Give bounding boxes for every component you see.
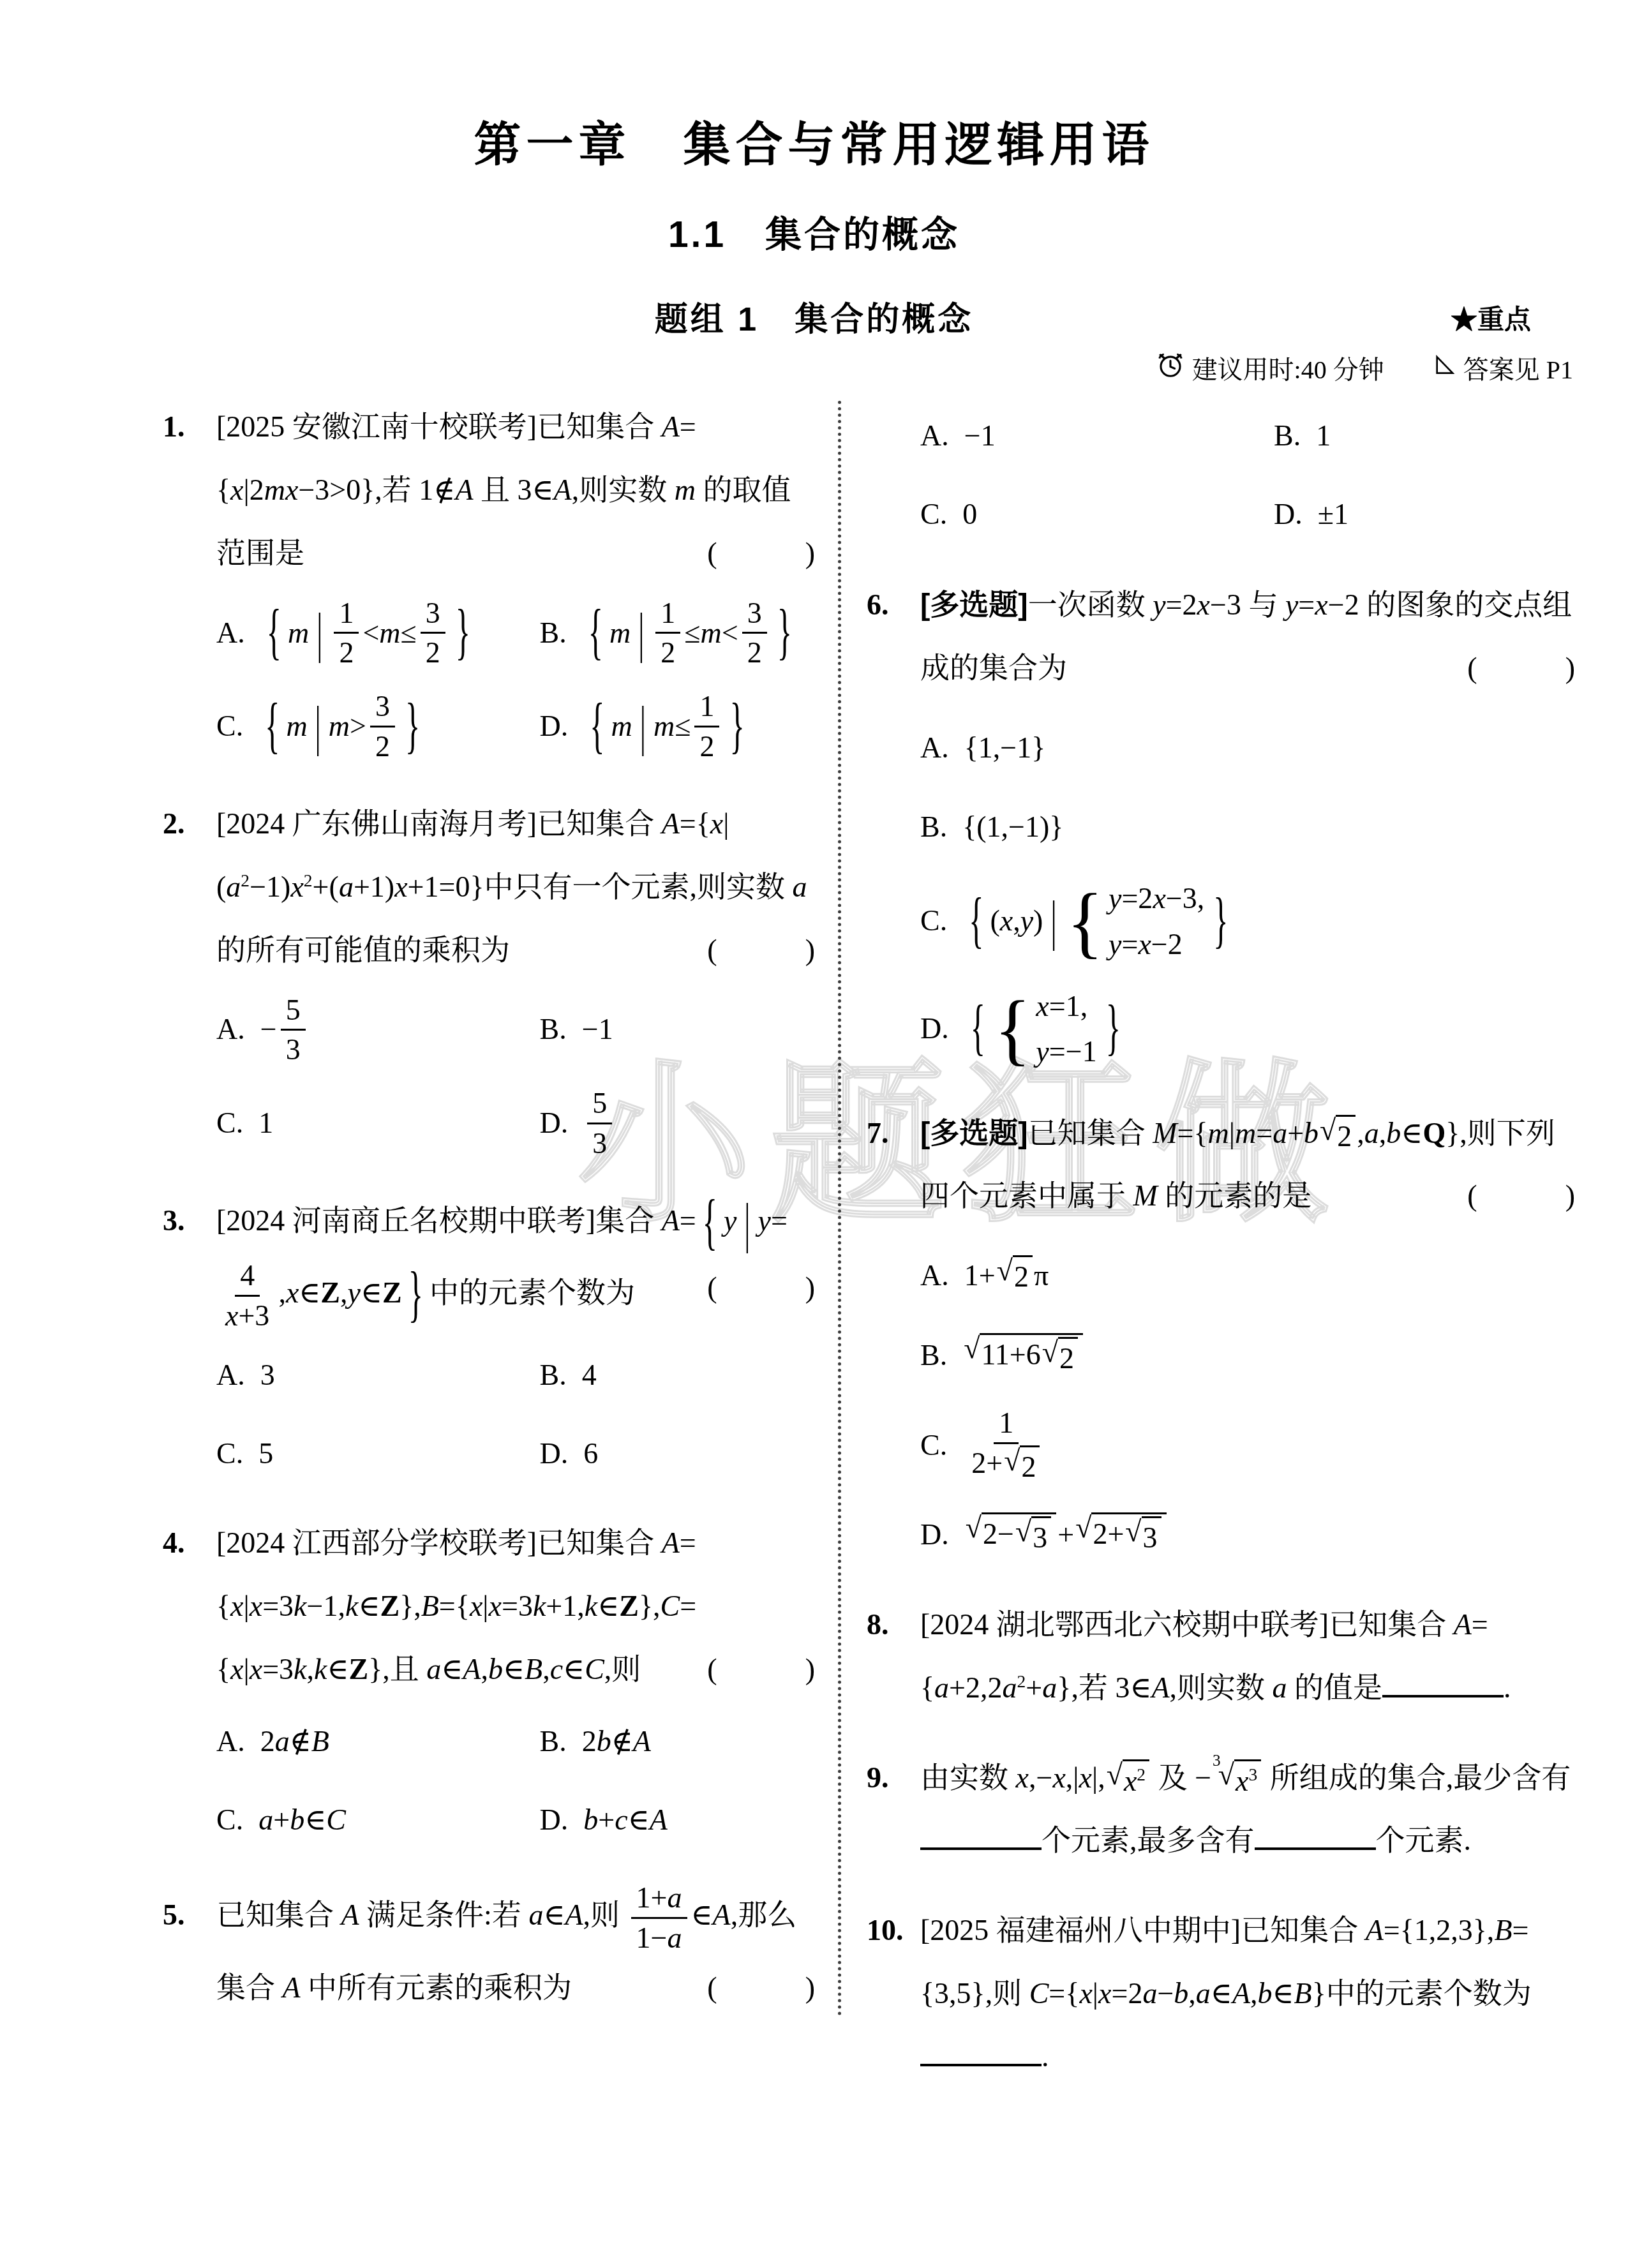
radicand: x2 — [1123, 1759, 1149, 1801]
math-text: =1, — [1049, 990, 1087, 1022]
option-item: A.2a∉B — [216, 1710, 540, 1773]
math-var: y — [348, 1276, 361, 1309]
math-text: ±1 — [1318, 483, 1348, 546]
math-text: 3 — [1033, 1521, 1047, 1554]
question-stem: 2.[2024 广东佛山南海月考]已知集合 A={x|(a2−1)x2+(a+1… — [216, 793, 815, 982]
question-number: 8. — [867, 1593, 920, 1657]
set-builder-bar: | — [1050, 862, 1056, 981]
math-var: y — [724, 1204, 736, 1237]
radicand: 2 — [1013, 1255, 1033, 1297]
math-var: a — [226, 870, 241, 903]
option-label: D. — [920, 997, 949, 1061]
option-label: A. — [216, 1344, 245, 1407]
question-number: 9. — [867, 1747, 920, 1810]
math-var: x — [225, 1299, 238, 1332]
math-var: a — [1142, 1977, 1157, 2010]
option-label: A. — [216, 1710, 245, 1773]
question-block: 2.[2024 广东佛山南海月考]已知集合 A={x|(a2−1)x2+(a+1… — [163, 793, 815, 1163]
math-var: B — [525, 1653, 542, 1685]
option-label: A. — [920, 717, 949, 780]
question-block: 5.已知集合 A 满足条件:若 a∈A,则 1+a1−a∈A,那么集合 A 中所… — [163, 1879, 815, 2020]
tall-brace: } — [1106, 962, 1121, 1095]
option-item: B.{m|12≤m<32} — [540, 594, 815, 673]
math-text: | — [244, 474, 250, 506]
option-label: C. — [216, 1092, 243, 1155]
text-run: 中的元素个数为 — [429, 1276, 635, 1309]
math-radical: √2 — [1004, 1445, 1040, 1487]
math-var: x — [710, 807, 723, 840]
math-text: π — [1034, 1244, 1049, 1308]
math-var: M — [1133, 1179, 1158, 1212]
radical-sign: √ — [1218, 1758, 1234, 1792]
option-label: B. — [920, 1324, 947, 1387]
text-run: 的元素的是 — [1158, 1179, 1312, 1212]
math-text: +3 — [238, 1299, 269, 1332]
tall-brace: } — [777, 567, 792, 699]
math-text: ≤ — [401, 602, 417, 665]
math-var: x — [394, 870, 407, 903]
question-block: 6.[多选题]一次函数 y=2x−3 与 y=x−2 的图象的交点组成的集合为(… — [867, 573, 1575, 1075]
math-var: m — [701, 602, 722, 665]
math-text: =2 — [1166, 588, 1197, 621]
text-run: 则 — [611, 1653, 641, 1685]
math-var: A — [1232, 1977, 1250, 2010]
math-radical: √2 — [997, 1255, 1033, 1297]
math-text: , — [604, 1653, 612, 1685]
math-text: −1) — [250, 870, 290, 903]
math-var: a — [1273, 1117, 1287, 1149]
option-content: {(x,y)|{y=2x−3,y=x−2} — [962, 876, 1234, 967]
left-column: 1.[2025 安徽江南十校联考]已知集合 A={x|2mx−3>0},若 1∉… — [163, 396, 815, 2047]
math-var: C — [326, 1789, 346, 1852]
radicand: 2 — [1336, 1115, 1355, 1156]
answer-paren: ( ) — [707, 1957, 815, 2020]
option-item: A.{1,−1} — [920, 717, 1575, 780]
option-item: B.2b∉A — [540, 1710, 815, 1773]
option-item: C.{(x,y)|{y=2x−3,y=x−2} — [920, 876, 1575, 967]
math-text: , — [481, 1653, 488, 1685]
option-label: B. — [920, 796, 947, 859]
group-title: 题组 1 集合的概念 — [0, 292, 1628, 340]
text-run: 的所有可能值的乘积为 — [216, 934, 510, 966]
answer-paren: ( ) — [707, 522, 815, 585]
math-text: ∈ — [628, 1789, 650, 1852]
math-var: x — [1124, 1764, 1137, 1797]
clock-icon — [1156, 351, 1192, 385]
math-text: < — [722, 602, 738, 665]
math-text: , — [1188, 1977, 1196, 2010]
math-var: m — [1208, 1117, 1229, 1149]
text-run: 个元素. — [1376, 1824, 1472, 1856]
text-run: 一次函数 — [1028, 588, 1153, 621]
option-content: {m|m≤12} — [583, 687, 751, 766]
math-var: a — [1042, 1671, 1057, 1704]
math-text: | — [1093, 1977, 1098, 2010]
math-text: }, — [639, 1590, 661, 1622]
math-text: 2− — [983, 1518, 1014, 1550]
math-fraction: 12 — [694, 687, 719, 766]
math-var: m — [609, 602, 631, 665]
math-text: | — [482, 1590, 488, 1622]
text-run: 所组成的集合,最少含有 — [1262, 1761, 1571, 1794]
math-var: y — [1285, 588, 1298, 621]
question-type-tag: [多选题] — [920, 1116, 1028, 1149]
fraction-numerator: 3 — [742, 594, 767, 634]
text-run: 中所有元素的乘积为 — [301, 1971, 572, 2004]
options-group: A.2a∉BB.2b∉AC.a+b∈CD.b+c∈A — [216, 1710, 815, 1852]
math-text: ∈ — [503, 1653, 525, 1685]
math-number-set: Z — [619, 1590, 639, 1622]
math-radical: √3 — [1125, 1516, 1161, 1558]
math-text: { — [216, 1590, 230, 1622]
option-content: 1 — [1316, 405, 1331, 468]
question-number: 10. — [867, 1899, 920, 1962]
option-item: C.12+√2 — [920, 1404, 1575, 1487]
math-var: a — [1273, 1671, 1287, 1704]
math-var: B — [1294, 1977, 1312, 2010]
math-text: ∈ — [299, 1276, 320, 1309]
math-radical: √11+6√2 — [964, 1333, 1083, 1378]
text-run: 已知集合 — [1028, 1117, 1153, 1149]
option-content: 1+√2π — [964, 1244, 1049, 1308]
math-fraction: 12 — [655, 594, 680, 673]
options-group: A.−1B.1C.0D.±1 — [920, 405, 1575, 546]
math-var: A — [662, 1526, 680, 1559]
math-text: ∈ — [563, 1653, 585, 1685]
math-text: } — [1312, 1977, 1326, 2010]
math-text: 2 — [1014, 1260, 1029, 1293]
math-var: b — [290, 1789, 304, 1852]
text-run: [2025 安徽江南十校联考]已知集合 — [216, 410, 662, 443]
math-var: x — [250, 1590, 262, 1622]
math-var: A — [1454, 1608, 1472, 1641]
math-text: }, — [368, 1653, 390, 1685]
text-run: 个元素,最多含有 — [1042, 1824, 1255, 1856]
math-superscript: 2 — [241, 870, 250, 890]
math-text: 2 — [582, 1710, 597, 1773]
math-var: m — [288, 602, 309, 665]
math-text: −3 — [1210, 588, 1241, 621]
question-number: 4. — [163, 1512, 216, 1575]
radicand: 3 — [1142, 1516, 1161, 1558]
math-var: m — [653, 695, 675, 758]
system-row: x=1, — [1036, 983, 1096, 1029]
math-var: C — [585, 1653, 604, 1685]
math-text: +( — [313, 870, 339, 903]
math-radical: √2 — [1320, 1115, 1355, 1156]
tall-brace: { — [590, 660, 604, 793]
answer-paren: ( ) — [707, 1257, 815, 1320]
text-run: [2024 江西部分学校联考]已知集合 — [216, 1526, 662, 1559]
math-var: k — [294, 1590, 306, 1622]
math-var: x — [230, 1590, 243, 1622]
math-radical: √2−√3 — [966, 1512, 1056, 1558]
math-text: }, — [1445, 1117, 1467, 1149]
equation-system: {y=2x−3,y=x−2 — [1067, 876, 1205, 967]
math-text: 3∈ — [1115, 1671, 1151, 1704]
math-var: x — [230, 1653, 243, 1685]
math-text: ={1, — [1384, 1914, 1437, 1946]
answer-hint: 答案见 P1 — [1463, 350, 1573, 386]
math-text: + — [273, 1789, 290, 1852]
option-item: B.{(1,−1)} — [920, 796, 1575, 859]
set-builder-bar: | — [315, 667, 321, 787]
math-text: ∈ — [1273, 1977, 1294, 2010]
math-var: x — [489, 1590, 502, 1622]
text-run: ,则实数 — [1170, 1671, 1273, 1704]
math-text: −1, — [307, 1590, 345, 1622]
math-text: 1− — [636, 1921, 668, 1954]
info-row: 建议用时:40 分钟 答案见 P1 — [1156, 350, 1573, 386]
math-var: B — [421, 1590, 439, 1622]
math-text: ={ — [1049, 1977, 1079, 2010]
math-text: 1 — [1316, 405, 1331, 468]
math-text: ( — [990, 890, 999, 953]
option-content: 2a∉B — [260, 1710, 329, 1773]
tall-brace: { — [265, 660, 280, 793]
fraction-numerator: 1+a — [631, 1879, 687, 1919]
radical-sign: √ — [997, 1254, 1013, 1288]
option-item: D.b+c∈A — [540, 1789, 815, 1852]
option-item: D.53 — [540, 1084, 815, 1163]
option-content: {(1,−1)} — [962, 796, 1063, 859]
math-var: a — [275, 1710, 290, 1773]
question-stem: 4.[2024 江西部分学校联考]已知集合 A={x|x=3k−1,k∈Z},B… — [216, 1512, 815, 1701]
math-var: x — [1000, 890, 1013, 953]
radical-sign: √ — [1042, 1336, 1058, 1369]
math-text: 2 — [661, 636, 675, 669]
option-label: D. — [540, 1092, 569, 1155]
option-content: 4 — [582, 1344, 597, 1407]
math-var: a — [258, 1789, 273, 1852]
radicand: 2+√3 — [1091, 1512, 1166, 1558]
math-var: x — [1016, 1761, 1029, 1794]
question-stem: 1.[2025 安徽江南十校联考]已知集合 A={x|2mx−3>0},若 1∉… — [216, 396, 815, 585]
math-text: 1 — [699, 690, 714, 722]
math-fraction: 4x+3 — [220, 1257, 274, 1335]
math-radical: √2 — [1042, 1337, 1078, 1378]
math-text: = — [680, 1204, 696, 1237]
tall-brace: } — [408, 1230, 423, 1362]
math-var: b — [1174, 1977, 1188, 2010]
math-var: a — [793, 870, 807, 903]
math-text: + — [1026, 1671, 1042, 1704]
math-var: A — [341, 1899, 359, 1931]
math-text: , — [542, 1653, 550, 1685]
option-item: A.−53 — [216, 991, 540, 1070]
math-var: c — [615, 1789, 627, 1852]
math-var: y — [1036, 1035, 1049, 1068]
question-stem: 8.[2024 湖北鄂西北六校期中联考]已知集合 A={a+2,2a2+a},若… — [920, 1593, 1575, 1720]
system-row: y=−1 — [1036, 1029, 1096, 1074]
math-text: | — [244, 1590, 250, 1622]
math-text: 5 — [592, 1087, 607, 1119]
text-run: [2025 福建福州八中期中]已知集合 — [920, 1914, 1366, 1946]
math-var: B — [1494, 1914, 1512, 1946]
option-item: A.−1 — [920, 405, 1274, 468]
option-label: C. — [920, 1414, 947, 1477]
math-text: 2 — [339, 636, 354, 669]
system-row: y=2x−3, — [1109, 876, 1204, 921]
math-var: a — [1364, 1117, 1379, 1149]
math-text: |, — [1092, 1761, 1105, 1794]
math-text: = — [771, 1204, 788, 1237]
math-var: m — [329, 695, 350, 758]
text-run: [2024 广东佛山南海月考]已知集合 — [216, 807, 662, 840]
math-text: 2 — [250, 474, 264, 506]
option-label: D. — [1274, 483, 1303, 546]
question-number: 1. — [163, 396, 216, 459]
option-content: a+b∈C — [258, 1789, 346, 1852]
question-number: 5. — [163, 1884, 216, 1947]
math-text: −1 — [582, 998, 613, 1061]
math-number-set: Z — [320, 1276, 340, 1309]
math-var: b — [1304, 1117, 1318, 1149]
question-stem: 5.已知集合 A 满足条件:若 a∈A,则 1+a1−a∈A,那么集合 A 中所… — [216, 1879, 815, 2020]
option-label: C. — [920, 890, 947, 953]
option-item: A.1+√2π — [920, 1244, 1575, 1308]
option-item: C.5 — [216, 1422, 540, 1486]
math-text: 11+6 — [981, 1338, 1040, 1371]
option-item: B.−1 — [540, 991, 815, 1070]
answer-paren: ( ) — [707, 919, 815, 982]
tall-brace: } — [1213, 855, 1228, 988]
math-fraction: 12 — [334, 594, 359, 673]
question-stem: 9.由实数 x,−x,|x|,√x2 及 −3√x3 所组成的集合,最少含有个元… — [920, 1747, 1575, 1873]
text-run: 由实数 — [920, 1761, 1016, 1794]
text-run: ,则 — [583, 1899, 627, 1931]
options-group: A.3B.4C.5D.6 — [216, 1344, 815, 1486]
math-text: , — [278, 1276, 286, 1309]
option-label: C. — [920, 483, 947, 546]
fraction-numerator: 4 — [235, 1257, 260, 1297]
math-fraction: 12+√2 — [966, 1404, 1046, 1487]
option-label: A. — [216, 602, 245, 665]
option-content: {m|m>32} — [258, 687, 426, 766]
option-item: A.3 — [216, 1344, 540, 1407]
question-block: 3.[2024 河南商丘名校期中联考]集合 A={y|y=4x+3,x∈Z,y∈… — [163, 1190, 815, 1486]
math-var: x — [1153, 882, 1165, 914]
option-item: C.{m|m>32} — [216, 687, 540, 766]
math-fraction: 1+a1−a — [631, 1879, 687, 1957]
math-text: −3, — [1166, 882, 1204, 914]
math-text: −1 — [964, 405, 996, 468]
option-content: 5 — [258, 1422, 273, 1486]
math-text: | — [244, 1653, 250, 1685]
math-superscript: 2 — [1017, 1671, 1026, 1690]
math-text: ∈ — [441, 1653, 463, 1685]
math-text: ∈ — [358, 1590, 380, 1622]
option-item: D.{{x=1,y=−1} — [920, 983, 1575, 1075]
math-number-set: Z — [349, 1653, 369, 1685]
math-var: y — [1109, 928, 1121, 960]
math-text: { — [696, 807, 710, 840]
set-builder-bar: | — [744, 1163, 750, 1283]
math-var: c — [550, 1653, 563, 1685]
math-text: + — [1287, 1117, 1304, 1149]
math-var: a — [1003, 1671, 1017, 1704]
math-var: x — [1315, 588, 1327, 621]
math-var: A — [554, 474, 572, 506]
math-text: = — [1256, 1117, 1273, 1149]
math-var: b — [583, 1789, 598, 1852]
math-text: − — [1157, 1977, 1174, 2010]
option-item: C.0 — [920, 483, 1274, 546]
math-var: x — [1079, 1761, 1092, 1794]
option-label: A. — [920, 405, 949, 468]
radicand: 2−√3 — [982, 1512, 1056, 1558]
fraction-denominator: 2 — [370, 727, 395, 766]
section-title: 1.1 集合的概念 — [0, 205, 1628, 258]
math-text: − — [260, 998, 277, 1061]
math-text: =3 — [262, 1653, 294, 1685]
system-row: y=x−2 — [1109, 921, 1204, 967]
option-label: C. — [216, 1789, 243, 1852]
math-text: ={ — [439, 1590, 470, 1622]
math-text: ) — [1033, 890, 1043, 953]
math-var: A — [662, 807, 680, 840]
option-content: −1 — [964, 405, 996, 468]
math-number-set: Q — [1423, 1117, 1445, 1149]
math-text: ={ — [1177, 1117, 1207, 1149]
math-var: a — [426, 1653, 441, 1685]
math-var: x — [1079, 1977, 1092, 2010]
math-var: x — [1138, 928, 1151, 960]
answer-paren: ( ) — [1467, 1165, 1575, 1228]
math-text: + — [1057, 1503, 1074, 1567]
text-run: [2024 河南商丘名校期中联考]集合 — [216, 1204, 662, 1237]
option-content: √2−√3+√2+√3 — [964, 1503, 1168, 1567]
radical-sign: √ — [1075, 1511, 1091, 1545]
fraction-denominator: x+3 — [220, 1297, 274, 1335]
math-var: A — [662, 1204, 680, 1237]
math-var: M — [1153, 1117, 1177, 1149]
math-var: m — [1235, 1117, 1256, 1149]
fraction-denominator: 2 — [421, 634, 445, 672]
math-text: ∈ — [543, 1899, 565, 1931]
tall-brace: } — [729, 660, 744, 793]
math-text: +2,2 — [949, 1671, 1002, 1704]
math-var: b — [597, 1710, 611, 1773]
radicand: 2 — [1058, 1337, 1078, 1378]
math-var: x — [1036, 990, 1049, 1022]
option-label: D. — [540, 1789, 569, 1852]
option-label: B. — [540, 1710, 567, 1773]
math-var: A — [463, 1653, 481, 1685]
options-group: A.1+√2πB.√11+6√2C.12+√2D.√2−√3+√2+√3 — [920, 1244, 1575, 1566]
math-text: ∈ — [361, 1276, 382, 1309]
system-rows: y=2x−3,y=x−2 — [1109, 876, 1204, 967]
math-text: ∈ — [327, 1653, 348, 1685]
chapter-title: 第一章 集合与常用逻辑用语 — [0, 107, 1628, 175]
radical-sign: √ — [966, 1511, 982, 1545]
worksheet-page: 第一章 集合与常用逻辑用语 1.1 集合的概念 题组 1 集合的概念 ★重点 建… — [0, 0, 1628, 2268]
math-text: 2 — [699, 730, 714, 763]
math-text: 1+ — [636, 1881, 668, 1914]
option-label: D. — [540, 695, 569, 758]
math-fraction: 53 — [281, 991, 306, 1070]
question-stem: 7.[多选题]已知集合 M={m|m=a+b√2,a,b∈Q},则下列四个元素中… — [920, 1101, 1575, 1228]
math-text: 3 — [286, 1033, 301, 1066]
radicand: x3 — [1234, 1759, 1261, 1801]
math-text: 1 — [999, 1406, 1013, 1439]
fraction-numerator: 1 — [694, 687, 719, 727]
math-text: , — [307, 1653, 315, 1685]
question-stem: 10.[2025 福建福州八中期中]已知集合 A={1,2,3},B={3,5}… — [920, 1899, 1575, 2089]
math-var: A — [283, 1971, 301, 2004]
question-block: 4.[2024 江西部分学校联考]已知集合 A={x|x=3k−1,k∈Z},B… — [163, 1512, 815, 1851]
option-item: C.a+b∈C — [216, 1789, 540, 1852]
